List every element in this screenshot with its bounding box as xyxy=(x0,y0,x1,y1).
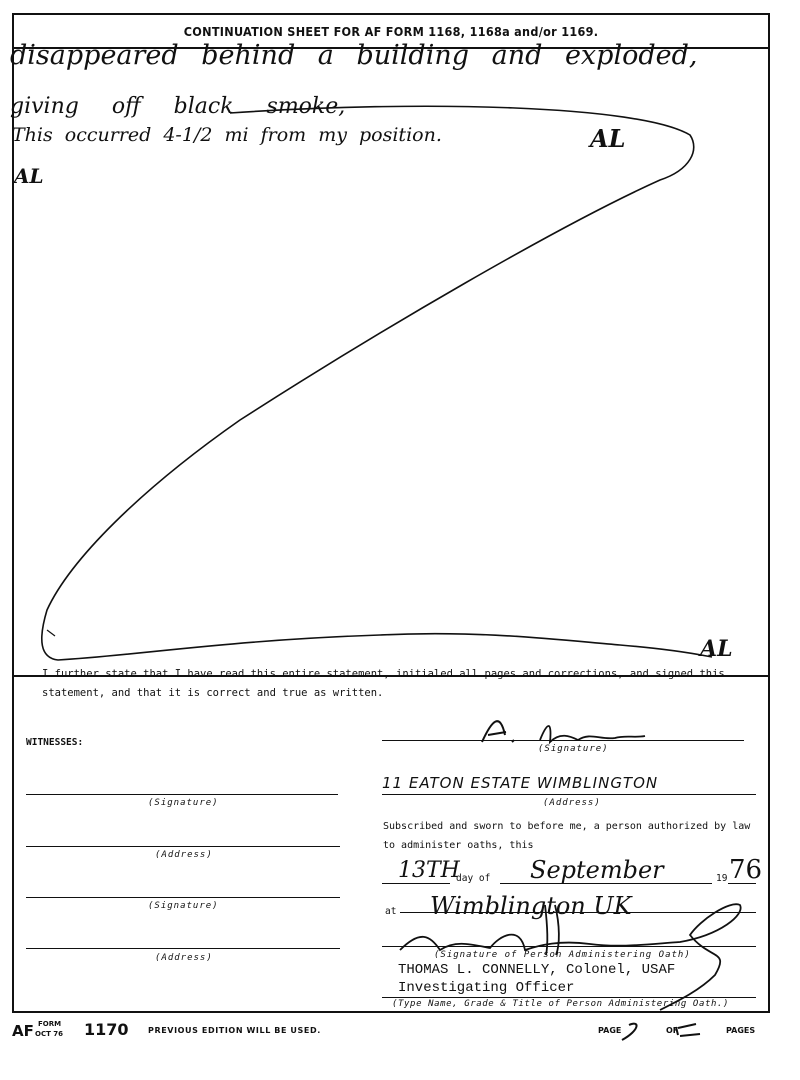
witnesses-label: WITNESSES: xyxy=(26,737,83,748)
officer-line xyxy=(382,997,756,998)
oath-location-line[interactable] xyxy=(400,912,756,913)
at-label: at xyxy=(385,906,396,917)
witness-2-signature-caption: (Signature) xyxy=(148,901,219,911)
witness-1-address-caption: (Address) xyxy=(155,850,213,860)
oath-day-value: 13TH xyxy=(398,858,460,883)
initials-loop-end: AL xyxy=(700,636,733,662)
form-label: FORM xyxy=(38,1020,61,1028)
form-title: CONTINUATION SHEET FOR AF FORM 1168, 116… xyxy=(184,24,599,39)
of-label: OF xyxy=(666,1026,678,1035)
affiant-address-value: 11 EATON ESTATE WIMBLINGTON xyxy=(382,774,658,792)
page-label: PAGE xyxy=(598,1026,621,1035)
oath-year-line[interactable] xyxy=(728,883,756,884)
pages-label: PAGES xyxy=(726,1026,755,1035)
initials-margin: AL xyxy=(14,164,44,188)
form-date: OCT 76 xyxy=(35,1030,63,1038)
handwritten-line-2: giving off black smoke, xyxy=(10,94,345,119)
oath-month-line[interactable] xyxy=(500,883,712,884)
year-prefix: 19 xyxy=(716,873,727,884)
witness-1-signature-line[interactable] xyxy=(26,794,338,795)
handwritten-line-3: This occurred 4-1/2 mi from my position. xyxy=(12,124,442,146)
officer-name: THOMAS L. CONNELLY, Colonel, USAF xyxy=(398,962,675,978)
form-prefix: AF xyxy=(12,1022,34,1040)
witness-2-address-caption: (Address) xyxy=(155,953,213,963)
witness-1-signature-caption: (Signature) xyxy=(148,798,219,808)
certification-text: I further state that I have read this en… xyxy=(42,665,742,703)
officer-caption: (Type Name, Grade & Title of Person Admi… xyxy=(392,999,729,1009)
edition-note: PREVIOUS EDITION WILL BE USED. xyxy=(148,1026,321,1035)
sworn-statement-text: Subscribed and sworn to before me, a per… xyxy=(383,817,753,855)
witness-2-signature-line[interactable] xyxy=(26,897,340,898)
handwritten-line-1: disappeared behind a building and explod… xyxy=(10,40,697,71)
witness-2-address-line[interactable] xyxy=(26,948,340,949)
administering-signature-line[interactable] xyxy=(382,946,756,947)
form-number: 1170 xyxy=(84,1020,129,1039)
oath-location-value: Wimblington UK xyxy=(430,892,632,920)
oath-month-value: September xyxy=(530,856,664,884)
day-of-label: day of xyxy=(456,873,490,884)
affiant-address-line[interactable] xyxy=(382,794,756,795)
affiant-signature-line[interactable] xyxy=(382,740,744,741)
oath-day-line[interactable] xyxy=(382,883,450,884)
initials-end-of-text: AL xyxy=(590,124,626,153)
affiant-signature-caption: (Signature) xyxy=(538,744,609,754)
administering-signature-caption: (Signature of Person Administering Oath) xyxy=(434,950,691,960)
oath-year-value: 76 xyxy=(729,855,762,885)
officer-title: Investigating Officer xyxy=(398,980,574,996)
affiant-address-caption: (Address) xyxy=(543,798,601,808)
witness-1-address-line[interactable] xyxy=(26,846,340,847)
